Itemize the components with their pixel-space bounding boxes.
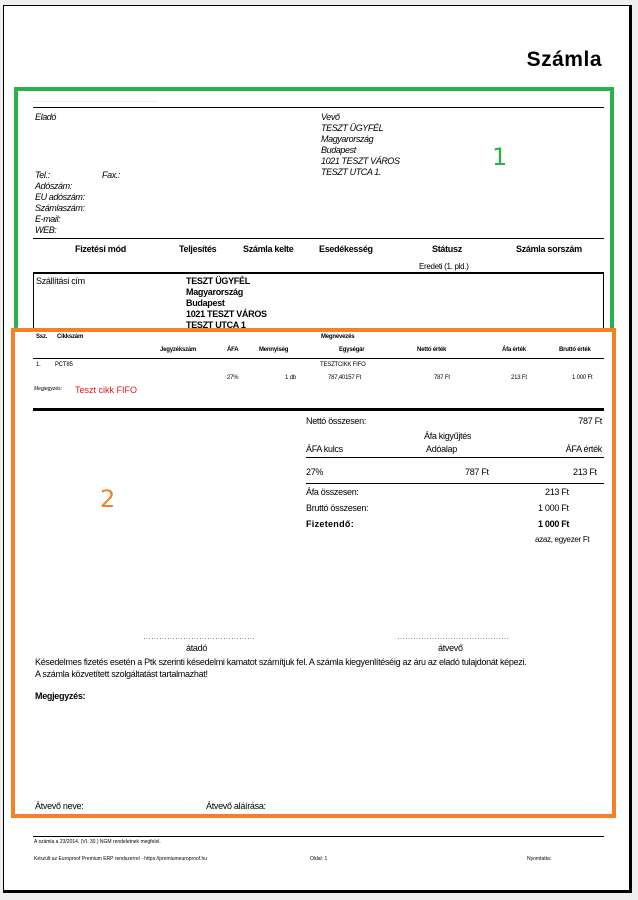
item-note: Teszt cikk FIFO xyxy=(75,385,137,395)
item-note-label: Megjegyzés: xyxy=(34,386,62,392)
receiver-signature-label: Átvevő aláírása: xyxy=(206,801,266,811)
handover-label: átadó xyxy=(186,643,207,653)
footer-made-by: Készült az Europroof Premium ERP rendsze… xyxy=(34,856,207,862)
receiver-name-label: Átvevő neve: xyxy=(35,801,83,811)
shipping-zip-city: 1021 TESZT VÁROS xyxy=(186,309,267,319)
payment-method-header: Fizetési mód xyxy=(75,244,126,254)
vat-total-divider xyxy=(306,483,604,484)
col-sku: Cikkszám xyxy=(57,334,83,340)
vat-row-value: 213 Ft xyxy=(573,467,597,477)
legal-text-line2: A számla közvetített szolgáltatást tarta… xyxy=(35,669,208,679)
receiver-label: átvevő xyxy=(438,643,463,653)
issue-date-header: Számla kelte xyxy=(243,244,293,254)
document-title: Számla xyxy=(527,48,602,72)
shipping-street: TESZT UTCA 1 xyxy=(186,320,246,328)
col-gross-value: Bruttó érték xyxy=(559,347,591,353)
buyer-name: TESZT ÜGYFÉL xyxy=(321,123,383,134)
tax-base-header: Adóalap xyxy=(426,444,457,454)
vat-summary-divider xyxy=(306,457,604,458)
col-name: Megnevezés xyxy=(321,334,354,340)
seller-tax-number-label: Adószám: xyxy=(35,181,72,192)
gross-total-label: Bruttó összesen: xyxy=(306,503,368,513)
col-vat-value: Áfa érték xyxy=(502,347,526,353)
info-divider xyxy=(33,238,604,239)
fulfillment-header: Teljesítés xyxy=(179,244,216,254)
seller-label: Eladó xyxy=(35,112,56,123)
col-net-value: Nettó érték xyxy=(417,347,446,353)
notes-label: Megjegyzés: xyxy=(35,691,85,701)
region-2-marker: 2 xyxy=(100,485,115,513)
item-no: 1. xyxy=(36,362,41,368)
item-gross-value: 1 000 Ft xyxy=(572,375,592,381)
item-vat-value: 213 Ft xyxy=(511,375,527,381)
due-date-header: Esedékesség xyxy=(319,244,373,254)
buyer-zip-city: 1021 TESZT VÁROS xyxy=(321,156,400,167)
vat-row-rate: 27% xyxy=(306,467,323,477)
seller-eu-tax-number-label: EU adószám: xyxy=(35,192,85,203)
footer-divider xyxy=(33,836,604,837)
receiver-signature-line: …………………………………… xyxy=(397,632,509,641)
vat-total-label: Áfa összesen: xyxy=(306,487,359,497)
items-header-divider xyxy=(33,358,604,359)
seller-fax-label: Fax.: xyxy=(102,170,120,181)
net-total-label: Nettó összesen: xyxy=(306,416,366,426)
shipping-city: Budapest xyxy=(186,298,225,308)
totals-divider xyxy=(33,408,604,411)
item-quantity: 1 db xyxy=(285,375,296,381)
item-net-value: 787 Ft xyxy=(434,375,450,381)
legal-text-line1: Késedelmes fizetés esetén a Ptk szerinti… xyxy=(35,657,526,667)
shipping-name: TESZT ÜGYFÉL xyxy=(186,276,250,286)
buyer-street: TESZT UTCA 1. xyxy=(321,167,381,178)
status-header: Státusz xyxy=(432,244,462,254)
item-name: TESZTCIKK FIFO xyxy=(320,362,366,368)
gross-total-value: 1 000 Ft xyxy=(538,503,569,513)
shipping-address-box xyxy=(33,272,604,330)
header-divider xyxy=(33,107,604,108)
region-1-marker: 1 xyxy=(492,143,507,171)
payable-in-words: azaz, egyezer Ft xyxy=(535,535,589,544)
status-value: Eredeti (1. pld.) xyxy=(419,262,469,271)
col-quantity: Mennyiség xyxy=(259,347,288,353)
col-unit-price: Egységár xyxy=(339,347,364,353)
seller-tel-label: Tel.: xyxy=(35,170,50,181)
vat-total-value: 213 Ft xyxy=(545,487,569,497)
net-total-value: 787 Ft xyxy=(578,416,602,426)
item-unit-price: 787,40157 Ft xyxy=(328,375,361,381)
buyer-city: Budapest xyxy=(321,145,356,156)
shipping-label: Szállítási cím xyxy=(36,276,85,286)
shipping-country: Magyarország xyxy=(186,287,243,297)
item-vat: 27% xyxy=(227,375,238,381)
col-voucher: Jegyzékszám xyxy=(160,347,196,353)
vat-value-header: ÁFA érték xyxy=(566,444,602,454)
payable-label: Fizetendő: xyxy=(306,519,354,529)
col-vat: ÁFA xyxy=(227,347,238,353)
vat-row-base: 787 Ft xyxy=(465,467,489,477)
col-no: Ssz. xyxy=(36,334,47,340)
seller-email-label: E-mail: xyxy=(35,214,60,225)
buyer-country: Magyarország xyxy=(321,134,373,145)
invoice-number-header: Számla sorszám xyxy=(516,244,582,254)
handover-signature-line: …………………………………… xyxy=(143,632,255,641)
footer-page: Oldal: 1 xyxy=(310,856,327,862)
seller-bank-account-label: Számlaszám: xyxy=(35,203,85,214)
seller-web-label: WEB: xyxy=(35,225,56,236)
buyer-label: Vevő xyxy=(321,112,340,123)
footer-printed: Nyomtatta: xyxy=(527,856,551,862)
vat-summary-title: Áfa kigyűjtés xyxy=(424,431,471,441)
item-sku: PCT85 xyxy=(55,362,73,368)
footer-decree: A számla a 23/2014. (VI. 30.) NGM rendel… xyxy=(34,839,161,845)
vat-rate-header: ÁFA kulcs xyxy=(306,444,343,454)
logo-placeholder-line xyxy=(33,101,158,102)
payable-value: 1 000 Ft xyxy=(538,519,569,529)
